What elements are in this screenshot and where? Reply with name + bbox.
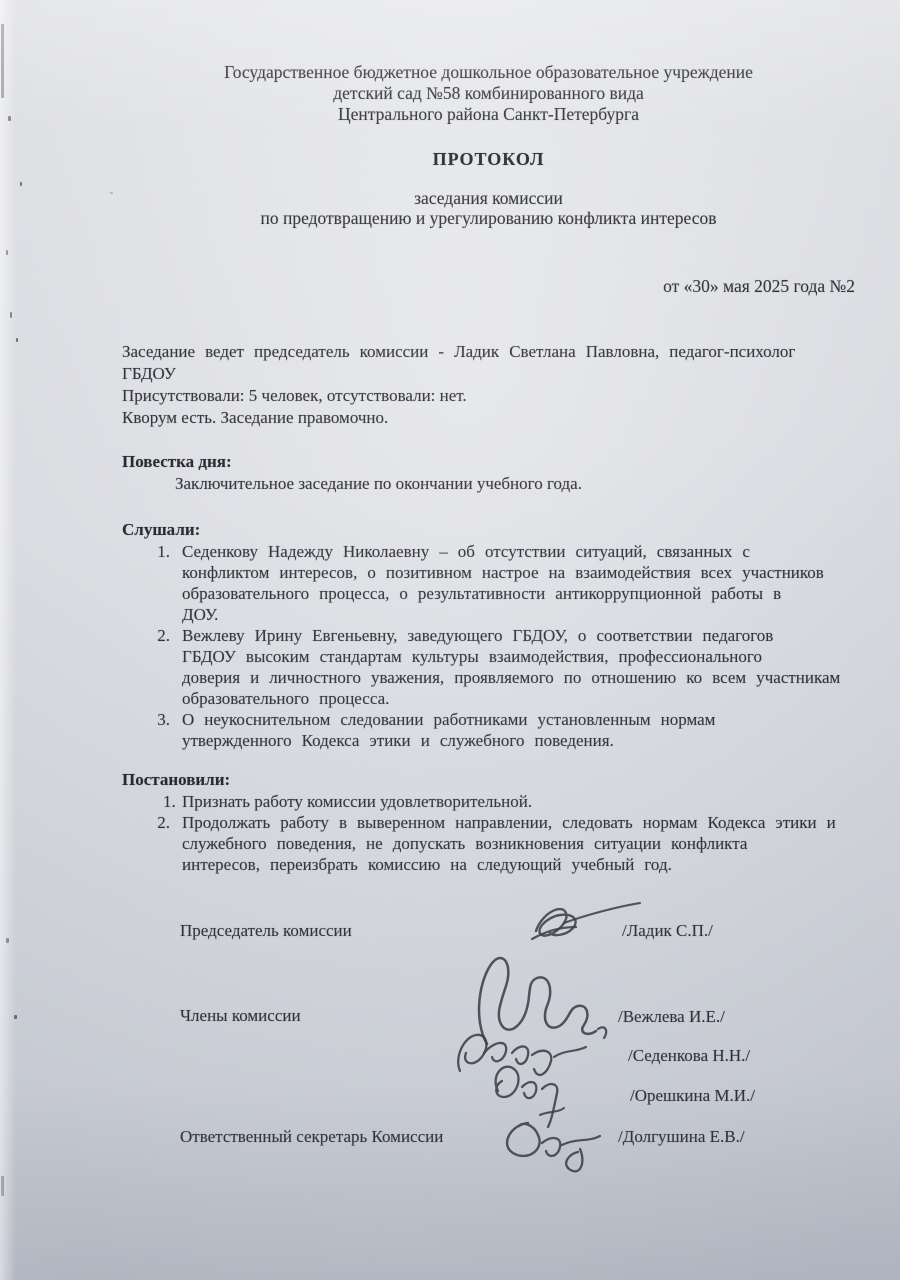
document-title: ПРОТОКОЛ [122,147,855,171]
secretary-name: /Долгушина Е.В./ [618,1126,745,1147]
org-header: Государственное бюджетное дошкольное обр… [122,62,855,125]
intro-chair-paragraph: Заседание ведет председатель комиссии - … [122,341,855,385]
quorum-line: Кворум есть. Заседание правомочно. [122,407,855,429]
scan-speck [16,338,18,342]
member-name-2: /Седенкова Н.Н./ [628,1045,750,1066]
scan-speck [8,116,11,121]
secretary-role-label: Ответственный секретарь Комиссии [180,1126,443,1147]
date-number-line: от «30» мая 2025 года №2 [122,275,855,297]
members-role-label: Члены комиссии [180,1005,301,1026]
heard-item-2: Вежлеву Ирину Евгеньевну, заведующего ГБ… [180,625,855,709]
heard-list: Седенкову Надежду Николаевну – об отсутс… [122,541,855,751]
scan-speck [20,182,22,186]
heard-heading: Слушали: [122,519,855,541]
page-edge-line-top [1,24,4,98]
agenda-heading: Повестка дня: [122,451,855,473]
attendance-line: Присутствовали: 5 человек, отсутствовали… [122,385,855,407]
org-name-line-2: детский сад №58 комбинированного вида [122,83,855,104]
scan-speck [110,192,113,194]
member-name-3: /Орешкина М.И./ [630,1085,755,1106]
agenda-text: Заключительное заседание по окончании уч… [122,473,855,495]
scan-speck [10,312,12,318]
chair-role-label: Председатель комиссии [180,920,352,941]
resolved-heading: Постановили: [122,769,855,791]
scan-speck [14,1015,17,1019]
heard-item-3: О неукоснительном следовании работниками… [180,709,855,751]
scan-speck [6,938,9,943]
page-edge-line-bottom [1,1176,4,1196]
resolved-item-1: Признать работу комиссии удовлетворитель… [180,791,855,812]
chair-name: /Ладик С.П./ [622,920,713,941]
scanned-protocol-page: Государственное бюджетное дошкольное обр… [0,0,900,1280]
secretary-signature-icon [490,1099,622,1183]
member-name-1: /Вежлева И.Е./ [618,1006,725,1027]
heard-item-1: Седенкову Надежду Николаевну – об отсутс… [180,541,855,625]
signature-section: Председатель комиссии /Ладик С.П./ Члены… [122,893,855,1223]
subtitle-line-1: заседания комиссии [122,188,855,208]
resolved-item-2: Продолжать работу в выверенном направлен… [180,812,855,875]
scan-speck [6,250,8,255]
resolved-list: Признать работу комиссии удовлетворитель… [122,791,855,875]
subtitle-line-2: по предотвращению и урегулированию конфл… [122,208,855,228]
org-name-line-3: Центрального района Санкт-Петербурга [122,104,855,125]
document-content: Государственное бюджетное дошкольное обр… [0,0,900,1223]
document-subtitle: заседания комиссии по предотвращению и у… [122,188,855,228]
org-name-line-1: Государственное бюджетное дошкольное обр… [122,62,855,83]
